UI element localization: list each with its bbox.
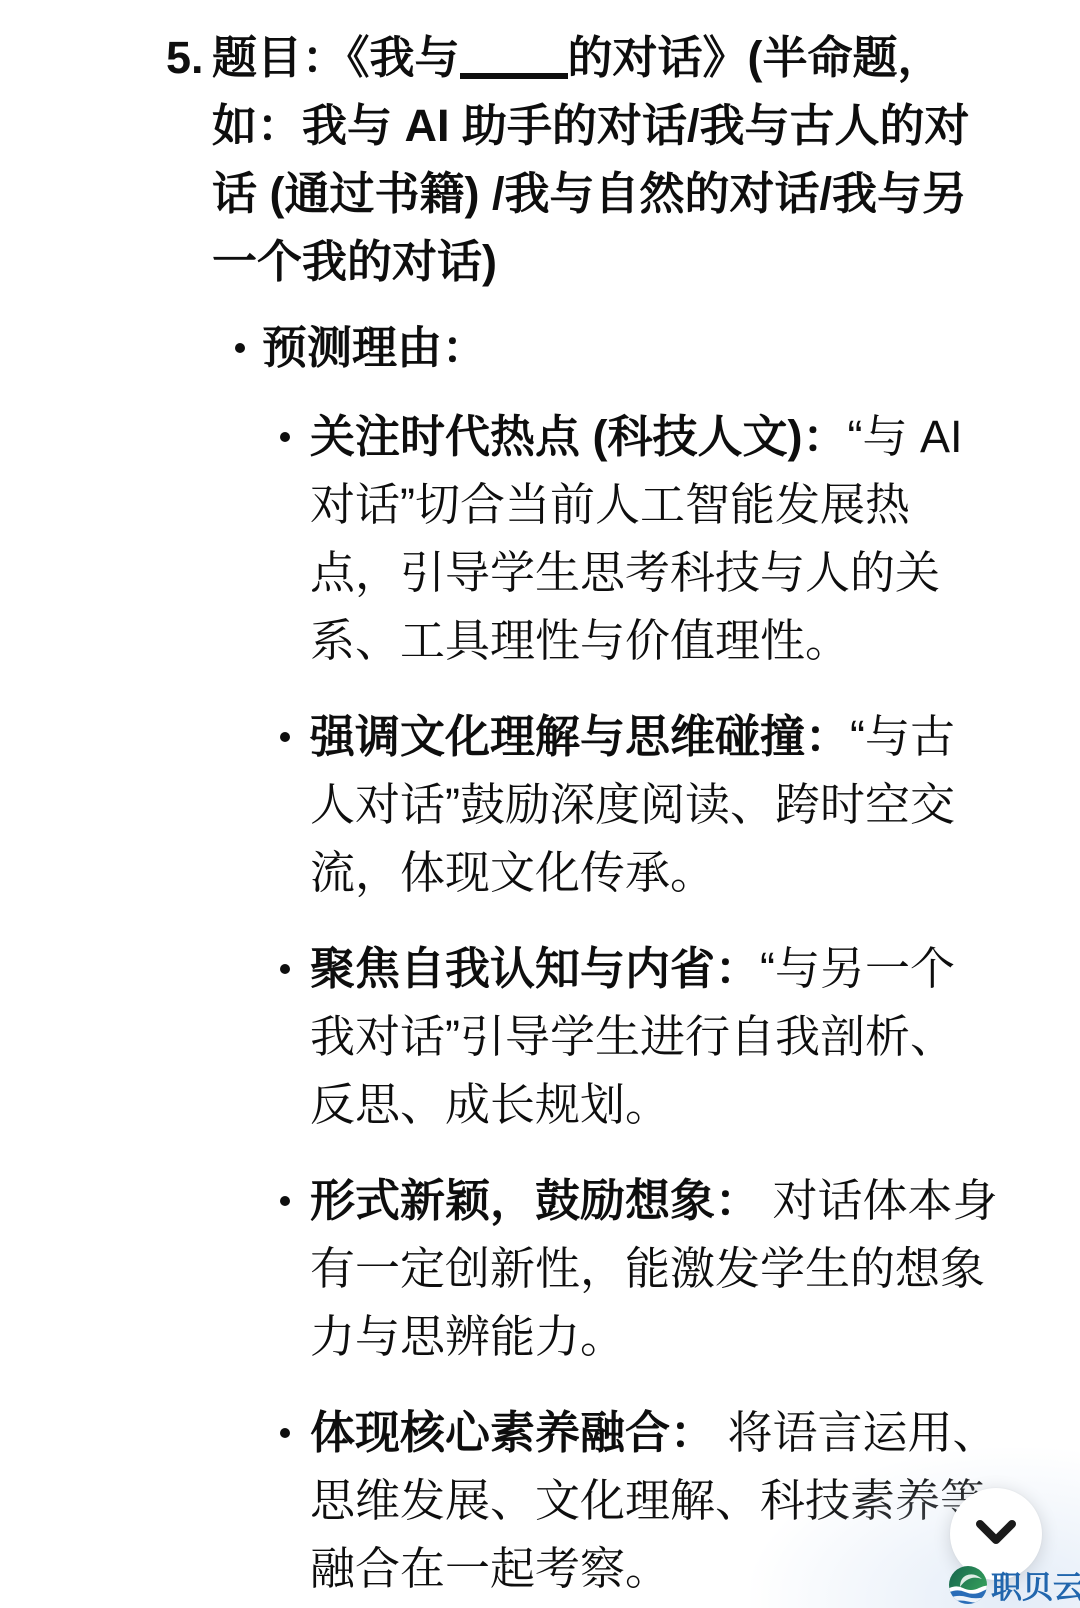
reason-lead: 体现核心素养融合： (310, 1407, 715, 1458)
bullet-icon (280, 1196, 290, 1206)
list-number: 5. (166, 24, 212, 296)
watermark-text: 职贝云数 (991, 1562, 1080, 1607)
reason-lead: 关注时代热点 (科技人文)： (310, 411, 847, 462)
bullet-icon (280, 732, 290, 742)
essay-title: 题目：《我与的对话》(半命题， 如：我与 AI 助手的对话/我与古人的对 话 (… (212, 24, 994, 296)
reason-lead: 强调文化理解与思维碰撞： (310, 711, 850, 762)
bullet-icon (280, 432, 290, 442)
numbered-item-5: 5. 题目：《我与的对话》(半命题， 如：我与 AI 助手的对话/我与古人的对 … (166, 24, 1080, 296)
chevron-down-icon (974, 1519, 1018, 1549)
reason-lead: 聚焦自我认知与内省： (310, 943, 760, 994)
title-text-before-blank: 题目：《我与 (212, 32, 460, 83)
reason-lead: 形式新颖，鼓励想象： (310, 1175, 760, 1226)
bullet-icon (280, 964, 290, 974)
bullet-icon (235, 343, 245, 353)
reason-item-1: 关注时代热点 (科技人文)：“与 AI 对话”切合当前人工智能发展热 点，引导学… (280, 403, 1034, 675)
reason-item-4: 形式新颖，鼓励想象： 对话体本身 有一定创新性，能激发学生的想象 力与思辨能力。 (280, 1167, 1034, 1371)
reason-item-5: 体现核心素养融合： 将语言运用、 思维发展、文化理解、科技素养等 融合在一起考察… (280, 1399, 1034, 1603)
document-body: 5. 题目：《我与的对话》(半命题， 如：我与 AI 助手的对话/我与古人的对 … (166, 24, 1080, 1603)
zhibei-cloud-logo-icon (948, 1565, 988, 1605)
watermark: 职贝云数 (948, 1562, 1080, 1607)
reasons-list: 关注时代热点 (科技人文)：“与 AI 对话”切合当前人工智能发展热 点，引导学… (166, 403, 1080, 1603)
reason-item-2: 强调文化理解与思维碰撞：“与古 人对话”鼓励深度阅读、跨时空交 流，体现文化传承… (280, 703, 1034, 907)
reasons-header-item: 预测理由： (235, 314, 1080, 382)
reason-item-3: 聚焦自我认知与内省：“与另一个 我对话”引导学生进行自我剖析、 反思、成长规划。 (280, 935, 1034, 1139)
fill-in-blank-underline (460, 31, 568, 79)
bullet-icon (280, 1428, 290, 1438)
reasons-header-label: 预测理由： (262, 322, 487, 373)
page: 5. 题目：《我与的对话》(半命题， 如：我与 AI 助手的对话/我与古人的对 … (0, 0, 1080, 1608)
